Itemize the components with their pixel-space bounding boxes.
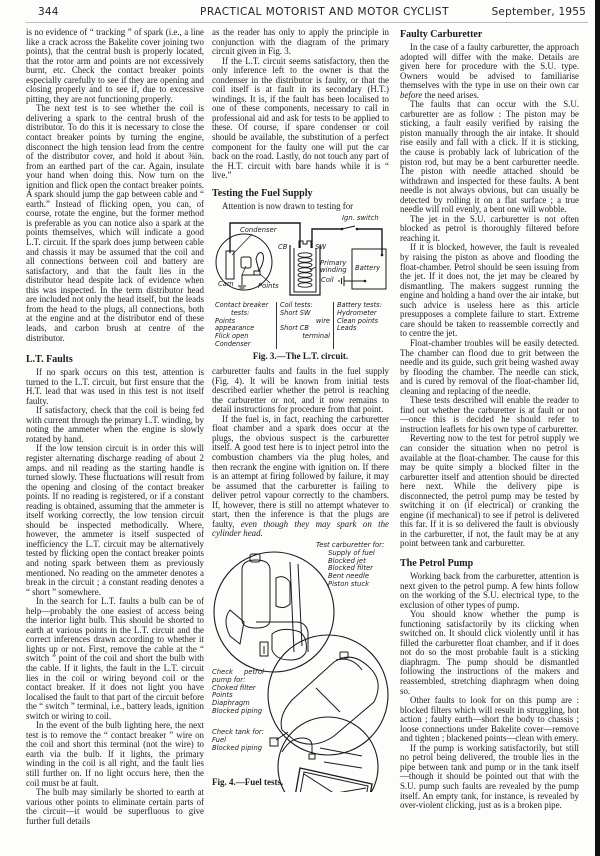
paragraph: You should know whether the pump is func… [400, 610, 579, 696]
paragraph: The bulb may similarly be shorted to ear… [26, 788, 204, 826]
section-heading-faulty-carburetter: Faulty Carburetter [400, 29, 579, 41]
lt-circuit-schematic [212, 215, 389, 300]
section-heading-petrol-pump: The Petrol Pump [400, 558, 579, 570]
paragraph: If satisfactory, check that the coil is … [26, 406, 204, 444]
figure-3-legend: Contact breaker tests: Points appearance… [212, 302, 389, 348]
paragraph: In the event of the bulb lighting here, … [26, 721, 204, 788]
column-right: Faulty Carburetter In the case of a faul… [400, 28, 579, 811]
issue-date: September, 1955 [492, 6, 586, 18]
legend-coil-tests: Coil tests: Short SW wire Short CB termi… [276, 302, 333, 348]
paragraph: carburetter faults and faults in the fue… [212, 367, 389, 415]
figure-4-caption: Fig. 4.—Fuel tests. [212, 778, 283, 788]
paragraph: These tests described will enable the re… [400, 396, 579, 434]
paragraph: If the low tension circuit is in order t… [26, 444, 204, 597]
figure-4-fuel-tests-illustration: Test carburetter for: Supply of fuel Blo… [212, 542, 389, 792]
running-header: 344 PRACTICAL MOTORIST AND MOTOR CYCLIST… [38, 6, 586, 20]
paragraph: If it is blocked, however, the fault is … [400, 243, 579, 338]
paragraph: In the case of a faulty carburetter, the… [400, 43, 579, 100]
publication-title: PRACTICAL MOTORIST AND MOTOR CYCLIST [200, 6, 449, 18]
tank-check-list: Check tank for: Fuel Blocked piping [212, 729, 264, 752]
paragraph: If the pump is working satisfactorily, b… [400, 744, 579, 811]
magazine-page: 344 PRACTICAL MOTORIST AND MOTOR CYCLIST… [0, 0, 600, 856]
paragraph: If the L.T. circuit seems satisfactory, … [212, 57, 389, 181]
column-middle: as the reader has only to apply the prin… [212, 28, 389, 792]
paragraph: Reverting now to the test for petrol sup… [400, 434, 579, 549]
label-ign-switch: Ign. switch [342, 215, 379, 223]
carburetter-test-list: Test carburetter for: Supply of fuel Blo… [316, 542, 384, 589]
paragraph: The jet in the S.U. carburetter is not o… [400, 215, 579, 244]
figure-3-caption: Fig. 3.—The L.T. circuit. [212, 352, 389, 362]
paragraph: Float-chamber troubles will be easily de… [400, 339, 579, 396]
paragraph: as the reader has only to apply the prin… [212, 28, 389, 57]
paragraph: Other faults to look for on this pump ar… [400, 696, 579, 744]
label-battery: Battery [355, 265, 380, 273]
figure-3-lt-circuit-diagram: Ign. switch Condenser CB SW Primary wind… [212, 215, 389, 300]
paragraph: If the fuel is, in fact, reaching the ca… [212, 415, 389, 539]
section-heading-lt-faults: L.T. Faults [26, 354, 204, 366]
legend-contact-breaker-tests: Contact breaker tests: Points appearance… [212, 302, 276, 348]
label-winding: winding [320, 267, 347, 275]
paragraph: In the search for L.T. faults a bulb can… [26, 597, 204, 721]
paragraph: Working back from the carburetter, atten… [400, 572, 579, 610]
label-coil: Coil [321, 277, 334, 285]
paragraph: Attention is now drawn to testing for [212, 202, 389, 212]
petrol-pump-check-list: Check petrol pump for: Choked filter Poi… [212, 669, 264, 716]
label-cam: Cam [218, 281, 234, 289]
paragraph: is no evidence of “ tracking ” of spark … [26, 28, 204, 104]
page-edge-shadow [595, 0, 600, 856]
section-heading-fuel-supply: Testing the Fuel Supply [212, 188, 389, 200]
label-points: Points [258, 283, 279, 291]
label-condenser: Condenser [240, 227, 277, 235]
legend-battery-tests: Battery tests: Hydrometer Clean points L… [333, 302, 385, 348]
column-left: is no evidence of “ tracking ” of spark … [26, 28, 204, 826]
page-number: 344 [38, 6, 59, 18]
paragraph: The faults that can occur with the S.U. … [400, 100, 579, 215]
paragraph: The next test is to see whether the coil… [26, 104, 204, 343]
label-cb: CB [278, 244, 287, 252]
header-rule [26, 22, 588, 23]
label-sw: SW [315, 244, 326, 252]
paragraph: If no spark occurs on this test, attenti… [26, 368, 204, 406]
